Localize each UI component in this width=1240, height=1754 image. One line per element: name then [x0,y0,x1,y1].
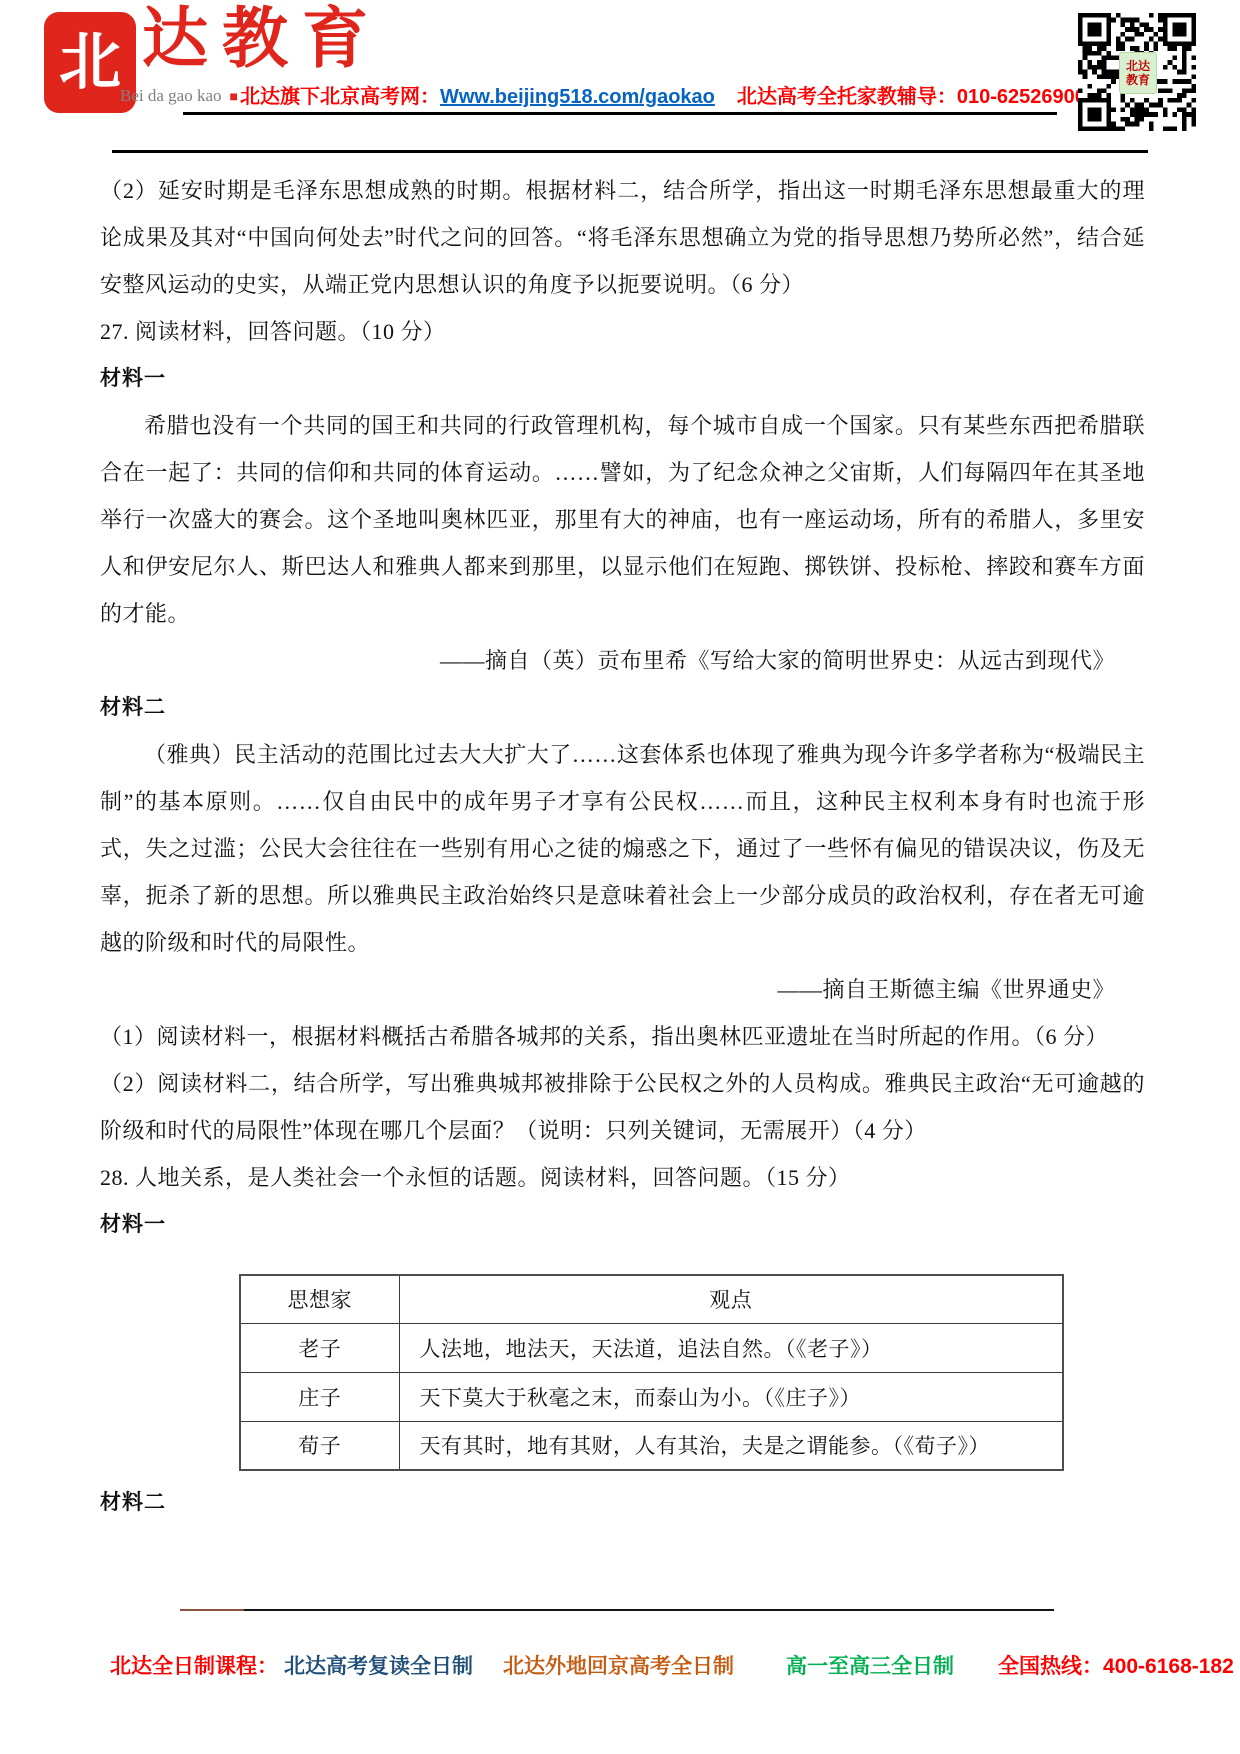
table-header-thinker: 思想家 [240,1275,399,1323]
question-27-sub2: （2）阅读材料二，结合所学，写出雅典城邦被排除于公民权之外的人员构成。雅典民主政… [100,1060,1145,1154]
footer-item-grades: 高一至高三全日制 [786,1655,954,1678]
exam-content: （2）延安时期是毛泽东思想成熟的时期。根据材料二，结合所学，指出这一时期毛泽东思… [0,153,1240,1526]
material-1b-heading: 材料一 [100,1201,1145,1248]
logo-subtitle: Bei da gao kao■ [120,86,238,106]
qr-code: 北达 教育 [1078,12,1196,132]
footer-divider [180,1609,1054,1611]
question-28-intro: 28. 人地关系，是人类社会一个永恒的话题。阅读材料，回答问题。（15 分） [100,1154,1145,1201]
footer-course-label: 北达全日制课程： [110,1655,278,1678]
thinker-viewpoint: 天有其时，地有其财，人有其治，夫是之谓能参。（《荀子》） [399,1421,1063,1470]
material-2-text: （雅典）民主活动的范围比过去大大扩大了……这套体系也体现了雅典为现今许多学者称为… [100,731,1145,966]
footer-text: 北达全日制课程：北达高考复读全日制北达外地回京高考全日制高一至高三全日制全国热线… [110,1650,1180,1680]
thinker-name: 庄子 [240,1372,399,1421]
thinker-name: 老子 [240,1323,399,1372]
material-1-source: ——摘自（英）贡布里希《写给大家的简明世界史：从远古到现代》 [100,637,1145,684]
question-27-sub1: （1）阅读材料一，根据材料概括古希腊各城邦的关系，指出奥林匹亚遗址在当时所起的作… [100,1013,1145,1060]
footer-hotline: 全国热线：400-6168-182 [998,1655,1234,1678]
footer-divider-brown-segment [180,1609,244,1611]
header-divider [112,150,1148,153]
thinker-viewpoint: 人法地，地法天，天法道，追法自然。（《老子》） [399,1323,1063,1372]
page: 北 达教育 Bei da gao kao■ 北达旗下北京高考网：Www.beij… [0,0,1240,1754]
material-2-source: ——摘自王斯德主编《世界通史》 [100,966,1145,1013]
table-header-viewpoint: 观点 [399,1275,1063,1323]
thinker-viewpoint: 天下莫大于秋毫之末，而泰山为小。（《庄子》） [399,1372,1063,1421]
footer-item-waidi: 北达外地回京高考全日制 [503,1655,734,1678]
header-contact-line: 北达旗下北京高考网：Www.beijing518.com/gaokao北达高考全… [240,80,1086,109]
thinker-name: 荀子 [240,1421,399,1470]
red-square-bullet-icon: ■ [230,90,238,105]
table-header-row: 思想家 观点 [240,1275,1063,1323]
material-2b-heading: 材料二 [100,1479,1145,1526]
material-1-text: 希腊也没有一个共同的国王和共同的行政管理机构，每个城市自成一个国家。只有某些东西… [100,402,1145,637]
thinkers-table: 思想家 观点 老子 人法地，地法天，天法道，追法自然。（《老子》） 庄子 天下莫… [239,1274,1064,1471]
header-site-label: 北达旗下北京高考网： [240,86,440,108]
material-2-heading: 材料二 [100,684,1145,731]
gaokao-site-link[interactable]: Www.beijing518.com/gaokao [440,86,715,108]
question-26-part2: （2）延安时期是毛泽东思想成熟的时期。根据材料二，结合所学，指出这一时期毛泽东思… [100,167,1145,308]
logo-wordmark: 达教育 [142,4,382,77]
header-tutoring-phone: 北达高考全托家教辅导：010-62526900 [737,86,1086,108]
header: 北 达教育 Bei da gao kao■ 北达旗下北京高考网：Www.beij… [0,0,1240,153]
question-27-intro: 27. 阅读材料，回答问题。（10 分） [100,308,1145,355]
seal-character: 北 [59,32,121,94]
header-underline [183,112,1057,115]
table-row-laozi: 老子 人法地，地法天，天法道，追法自然。（《老子》） [240,1323,1063,1372]
table-row-xunzi: 荀子 天有其时，地有其财，人有其治，夫是之谓能参。（《荀子》） [240,1421,1063,1470]
logo-subtitle-text: Bei da gao kao [120,86,222,105]
qr-badge-line1: 北达 [1126,59,1150,73]
table-row-zhuangzi: 庄子 天下莫大于秋毫之末，而泰山为小。（《庄子》） [240,1372,1063,1421]
qr-center-badge: 北达 教育 [1119,52,1157,94]
footer-item-fudu: 北达高考复读全日制 [284,1655,473,1678]
qr-badge-line2: 教育 [1126,73,1150,87]
material-1-heading: 材料一 [100,355,1145,402]
